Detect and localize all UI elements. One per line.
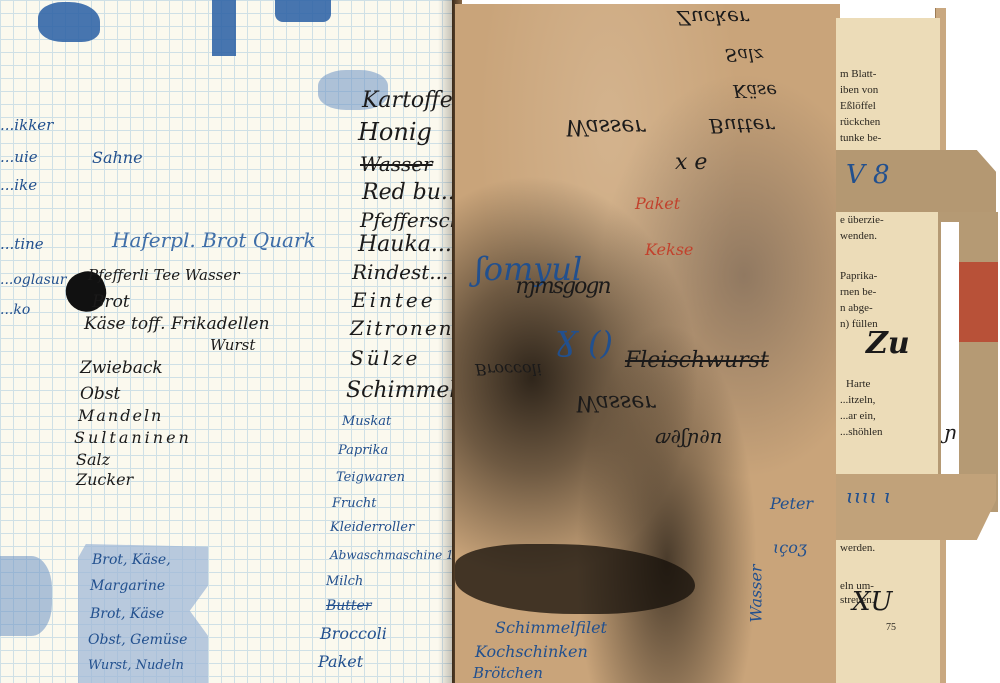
column-item: Frucht: [332, 496, 376, 511]
scribble: Kochschinken: [475, 642, 588, 661]
edge-word: ...ko: [0, 302, 30, 318]
left-grid-page: ...ikker ...uie ...ike ...tine ...oglasu…: [0, 0, 452, 683]
list-item: Mandeln: [78, 406, 163, 425]
slip-line: e überzie-: [840, 212, 884, 228]
slip-line: ...itzeln,: [840, 392, 875, 408]
slip-line: Harte: [846, 376, 870, 392]
column-item: Red bu...: [362, 180, 462, 205]
column-item: Abwaschmaschine 120: [330, 548, 469, 562]
scribble: ɩçoʒ: [773, 538, 807, 557]
scribble: ꜹ∂ʃɲ∂n: [655, 424, 723, 448]
blob-stamp: [38, 2, 100, 42]
black-smear: [455, 544, 695, 614]
slip-line: Paprika-: [840, 268, 877, 284]
column-item: Milch: [326, 574, 363, 589]
bottom-stamp-left: [0, 556, 52, 636]
slip-line: iben von: [840, 82, 878, 98]
slip-line: rückchen: [840, 114, 880, 130]
scribble: Schimmelfilet: [495, 618, 607, 637]
page-number: 75: [886, 620, 896, 636]
list-item: Pfefferli Tee Wasser: [88, 266, 239, 284]
scribble: Käse: [733, 80, 777, 101]
stamp-line: Obst, Gemüse: [88, 632, 187, 648]
slip-line: wenden.: [840, 228, 877, 244]
edge-word: ...tine: [0, 235, 44, 253]
letter-stamp: [275, 0, 331, 22]
slip-line: ...ar ein,: [840, 408, 876, 424]
column-item: Wasser: [360, 152, 433, 176]
scribble: Brötchen: [473, 664, 543, 682]
slip-line: rnen be-: [840, 284, 876, 300]
list-item: Wurst: [210, 336, 255, 354]
list-item: Brot: [92, 292, 130, 312]
list-item: Zucker: [76, 470, 133, 489]
column-item: Honig: [358, 118, 432, 146]
stamp-line: Margarine: [90, 578, 165, 594]
overwrite-zu: Zu: [866, 336, 910, 352]
column-item: Eintee: [352, 288, 436, 312]
stamp-line: Brot, Käse,: [92, 552, 171, 568]
scribble: Butter: [709, 114, 774, 138]
slip-line: n abge-: [840, 300, 873, 316]
stamp-line: Brot, Käse: [90, 606, 164, 622]
list-item: Sultaninen: [74, 428, 192, 447]
slip-line: werden.: [840, 540, 875, 556]
scribble: Wasser: [575, 390, 655, 415]
column-item: Broccoli: [320, 624, 387, 643]
list-item: Haferpl. Brot Quark: [112, 228, 316, 252]
scribble: Ɣ (): [555, 324, 613, 362]
scribble: Fleischwurst: [625, 348, 769, 373]
overwrite-xu: XU: [852, 594, 892, 610]
handle-scribble: V 8: [846, 160, 890, 190]
column-item: Teigwaren: [336, 470, 405, 485]
list-item: Obst: [80, 384, 120, 404]
column-item: Kleiderroller: [330, 520, 414, 535]
recipe-book-slip: m Blatt- iben von Eßlöffel rückchen tunk…: [836, 18, 940, 683]
red-paint-patch: [958, 262, 998, 342]
slip-line: Eßlöffel: [840, 98, 876, 114]
list-item: Käse toff. Frikadellen: [84, 314, 270, 334]
rectangle-stamp: [212, 0, 236, 56]
list-item: Zwieback: [80, 358, 163, 378]
edge-word: ...ikker: [0, 116, 53, 134]
column-item: Paprika: [338, 443, 388, 458]
scribble: Wasser: [565, 114, 645, 139]
right-kraft-page: Wasser Zucker Salz Käse Butter x e Paket…: [455, 4, 840, 683]
edge-word: ...oglasur: [0, 272, 66, 288]
scribble: Broccoli: [475, 360, 542, 379]
edge-word: ...uie: [0, 148, 38, 166]
scribble: Paket: [635, 194, 680, 213]
slip-line: ...shöhlen: [840, 424, 882, 440]
column-item: Zitronen: [350, 316, 454, 340]
list-item: Salz: [76, 450, 110, 469]
slip-line: m Blatt-: [840, 66, 876, 82]
floating-word: Sahne: [92, 148, 143, 167]
column-item: Butter: [326, 598, 372, 614]
slip-line: tunke be-: [840, 130, 881, 146]
handle-scribble: ɲ: [944, 420, 957, 444]
edge-word: ...ike: [0, 176, 37, 194]
scribble: x e: [675, 150, 707, 175]
scribble: Wasser: [747, 564, 766, 622]
scribble: Peter: [770, 494, 813, 513]
column-item: Paket: [318, 652, 363, 671]
column-item: Rindest...: [352, 260, 448, 284]
scribble: Zucker: [677, 6, 749, 30]
handle-scribble: ɩɩɩɩ ɩ: [846, 484, 892, 508]
column-item: Hauka...: [358, 232, 452, 257]
scribble: ɱmsgogn: [515, 274, 610, 299]
scribble: Kekse: [645, 240, 693, 259]
column-item: Sülze: [350, 346, 420, 370]
stamp-line: Wurst, Nudeln: [88, 658, 184, 673]
scribble: Salz: [725, 44, 763, 65]
column-item: Muskat: [342, 414, 391, 429]
